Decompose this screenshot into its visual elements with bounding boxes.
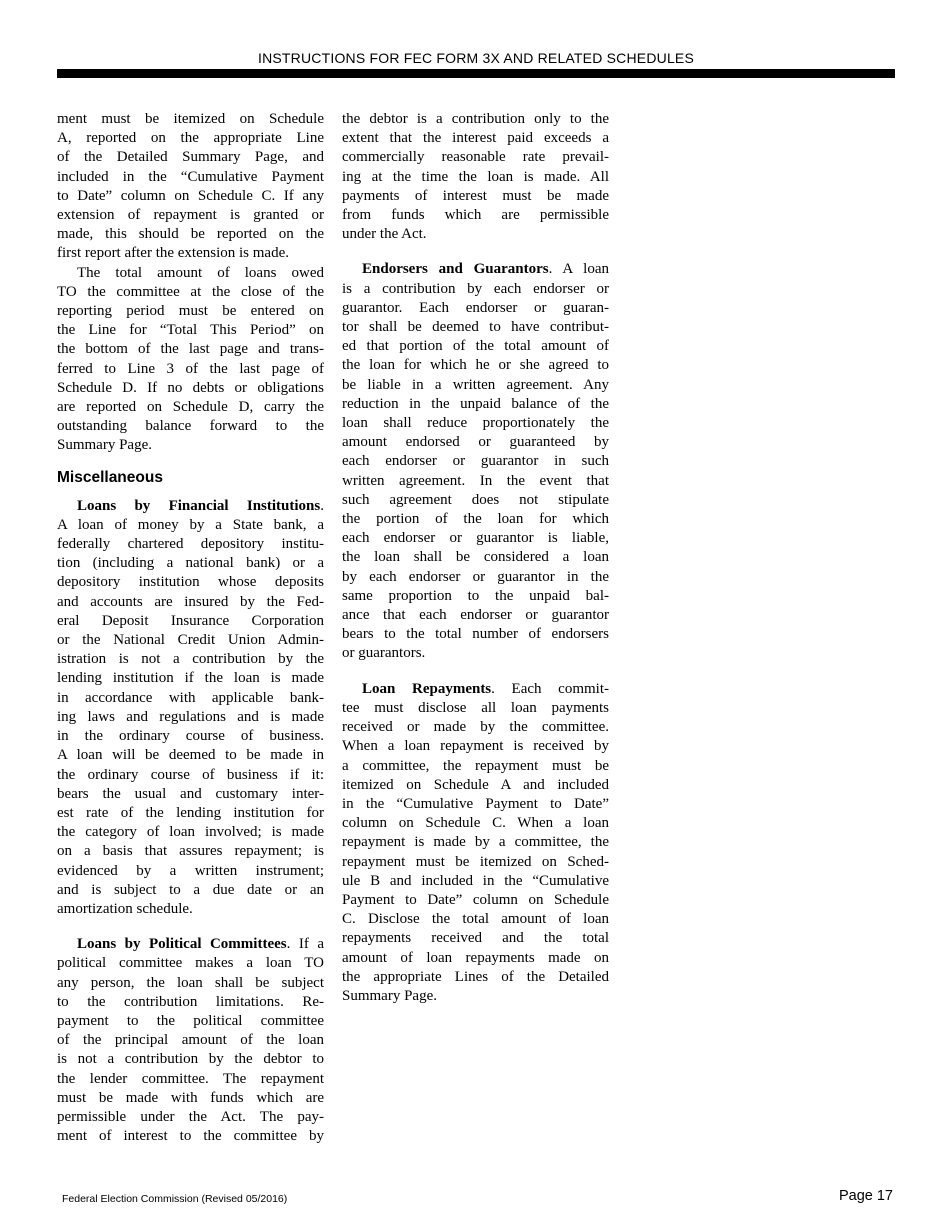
text-line: are reported on Schedule D, carry the bbox=[57, 398, 324, 417]
text-line: A, reported on the appropriate Line bbox=[57, 129, 324, 148]
text-run: Payment to Date” column on Schedule bbox=[342, 892, 609, 908]
text-run: the loan shall be considered a loan bbox=[342, 549, 609, 565]
text-run: received or made by the committee. bbox=[342, 719, 609, 735]
paragraph: Endorsers and Guarantors. A loanis a con… bbox=[342, 260, 609, 663]
text-line: Summary Page. bbox=[57, 436, 324, 455]
text-run: and is subject to a due date or an bbox=[57, 882, 324, 898]
text-run: Schedule D. If no debts or obligations bbox=[57, 380, 324, 396]
paragraph-lead: Loans by Financial Institutions bbox=[77, 498, 320, 514]
header-rule bbox=[57, 69, 895, 78]
text-column-1: ment must be itemized on ScheduleA, repo… bbox=[57, 110, 324, 1146]
text-run: eral Deposit Insurance Corporation bbox=[57, 613, 324, 629]
text-run: Summary Page. bbox=[342, 988, 437, 1004]
text-run: in accordance with applicable bank- bbox=[57, 690, 324, 706]
text-line: any person, the loan shall be subject bbox=[57, 974, 324, 993]
paragraph-lead: Loan Repayments bbox=[362, 681, 491, 697]
text-line: the loan for which he or she agreed to bbox=[342, 356, 609, 375]
text-line: repayment is made by a committee, the bbox=[342, 833, 609, 852]
text-run: a committee, the repayment must be bbox=[342, 758, 609, 774]
text-run: ance that each endorser or guarantor bbox=[342, 607, 609, 623]
text-run: extension of repayment is granted or bbox=[57, 207, 324, 223]
text-line: commercially reasonable rate prevail- bbox=[342, 148, 609, 167]
text-line: payments of interest must be made bbox=[342, 187, 609, 206]
text-line: the debtor is a contribution only to the bbox=[342, 110, 609, 129]
text-line: the lender committee. The repayment bbox=[57, 1070, 324, 1089]
text-line: the Line for “Total This Period” on bbox=[57, 321, 324, 340]
text-run: the loan for which he or she agreed to bbox=[342, 357, 609, 373]
text-line: ing laws and regulations and is made bbox=[57, 708, 324, 727]
text-run: ule B and included in the “Cumulative bbox=[342, 873, 609, 889]
text-run: written agreement. In the event that bbox=[342, 473, 609, 489]
text-run: the ordinary course of business if it: bbox=[57, 767, 324, 783]
text-line: to the contribution limitations. Re- bbox=[57, 993, 324, 1012]
text-run: and accounts are insured by the Fed- bbox=[57, 594, 324, 610]
text-column-2: the debtor is a contribution only to the… bbox=[342, 110, 609, 1006]
text-line: Summary Page. bbox=[342, 987, 609, 1006]
paragraph: Loan Repayments. Each commit-tee must di… bbox=[342, 680, 609, 1006]
text-run: in the ordinary course of business. bbox=[57, 728, 324, 744]
text-line: each endorser or guarantor in such bbox=[342, 452, 609, 471]
paragraph: Loans by Financial Institutions.A loan o… bbox=[57, 497, 324, 919]
text-run: lending institution if the loan is made bbox=[57, 670, 324, 686]
text-line: A loan of money by a State bank, a bbox=[57, 516, 324, 535]
text-run: the debtor is a contribution only to the bbox=[342, 111, 609, 127]
text-line: the loan shall be considered a loan bbox=[342, 548, 609, 567]
text-line: by each endorser or guarantor in the bbox=[342, 568, 609, 587]
text-line: under the Act. bbox=[342, 225, 609, 244]
text-run: tee must disclose all loan payments bbox=[342, 700, 609, 716]
text-run: commercially reasonable rate prevail- bbox=[342, 149, 609, 165]
text-line: itemized on Schedule A and included bbox=[342, 776, 609, 795]
text-line: the appropriate Lines of the Detailed bbox=[342, 968, 609, 987]
text-run: to Date” column on Schedule C. If any bbox=[57, 188, 324, 204]
text-run: permissible under the Act. The pay- bbox=[57, 1109, 324, 1125]
text-run: or guarantors. bbox=[342, 645, 425, 661]
text-line: or guarantors. bbox=[342, 644, 609, 663]
text-run: repayment must be itemized on Sched- bbox=[342, 854, 609, 870]
text-line: must be made with funds which are bbox=[57, 1089, 324, 1108]
text-line: ed that portion of the total amount of bbox=[342, 337, 609, 356]
paragraph-lead: Endorsers and Guarantors bbox=[362, 261, 549, 277]
paragraph-lead: Loans by Political Committees bbox=[77, 936, 287, 952]
text-line: tee must disclose all loan payments bbox=[342, 699, 609, 718]
text-run: payments of interest must be made bbox=[342, 188, 609, 204]
text-line: reduction in the unpaid balance of the bbox=[342, 395, 609, 414]
text-run: are reported on Schedule D, carry the bbox=[57, 399, 324, 415]
text-run: . A loan bbox=[549, 261, 609, 277]
paragraph: The total amount of loans owedTO the com… bbox=[57, 264, 324, 456]
text-run: outstanding balance forward to the bbox=[57, 418, 324, 434]
text-run: must be made with funds which are bbox=[57, 1090, 324, 1106]
text-run: repayments received and the total bbox=[342, 930, 609, 946]
text-run: A loan will be deemed to be made in bbox=[57, 747, 324, 763]
text-line: istration is not a contribution by the bbox=[57, 650, 324, 669]
text-run: from funds which are permissible bbox=[342, 207, 609, 223]
text-line: ment of interest to the committee by bbox=[57, 1127, 324, 1146]
text-line: amortization schedule. bbox=[57, 900, 324, 919]
text-line: eral Deposit Insurance Corporation bbox=[57, 612, 324, 631]
text-line: repayment must be itemized on Sched- bbox=[342, 853, 609, 872]
text-line: payment to the political committee bbox=[57, 1012, 324, 1031]
text-line: to Date” column on Schedule C. If any bbox=[57, 187, 324, 206]
paragraph: the debtor is a contribution only to the… bbox=[342, 110, 609, 244]
text-run: ing laws and regulations and is made bbox=[57, 709, 324, 725]
text-line: received or made by the committee. bbox=[342, 718, 609, 737]
text-run: bears to the total number of endorsers bbox=[342, 626, 609, 642]
text-run: tor shall be deemed to have contribut- bbox=[342, 319, 609, 335]
text-run: repayment is made by a committee, the bbox=[342, 834, 609, 850]
text-run: by each endorser or guarantor in the bbox=[342, 569, 609, 585]
text-run: extent that the interest paid exceeds a bbox=[342, 130, 609, 146]
footer-revision-note: Federal Election Commission (Revised 05/… bbox=[62, 1193, 287, 1205]
text-line: the portion of the loan for which bbox=[342, 510, 609, 529]
text-run: each endorser or guarantor in such bbox=[342, 453, 609, 469]
page-number: Page 17 bbox=[839, 1188, 893, 1204]
text-line: ule B and included in the “Cumulative bbox=[342, 872, 609, 891]
text-line: and accounts are insured by the Fed- bbox=[57, 593, 324, 612]
text-run: . Each commit- bbox=[491, 681, 609, 697]
text-run: first report after the extension is made… bbox=[57, 245, 289, 261]
text-line: the category of loan involved; is made bbox=[57, 823, 324, 842]
text-run: loan shall reduce proportionately the bbox=[342, 415, 609, 431]
text-line: such agreement does not stipulate bbox=[342, 491, 609, 510]
text-run: is not a contribution by the debtor to bbox=[57, 1051, 324, 1067]
text-run: evidenced by a written instrument; bbox=[57, 863, 324, 879]
text-run: bears the usual and customary inter- bbox=[57, 786, 324, 802]
text-line: included in the “Cumulative Payment bbox=[57, 168, 324, 187]
text-line: of the principal amount of the loan bbox=[57, 1031, 324, 1050]
text-line: ment must be itemized on Schedule bbox=[57, 110, 324, 129]
text-line: is a contribution by each endorser or bbox=[342, 280, 609, 299]
text-line: amount endorsed or guaranteed by bbox=[342, 433, 609, 452]
text-line: federally chartered depository institu- bbox=[57, 535, 324, 554]
text-run: the appropriate Lines of the Detailed bbox=[342, 969, 609, 985]
text-run: under the Act. bbox=[342, 226, 427, 242]
text-line: permissible under the Act. The pay- bbox=[57, 1108, 324, 1127]
text-line: in the ordinary course of business. bbox=[57, 727, 324, 746]
text-line: in accordance with applicable bank- bbox=[57, 689, 324, 708]
text-run: itemized on Schedule A and included bbox=[342, 777, 609, 793]
text-run: A loan of money by a State bank, a bbox=[57, 517, 324, 533]
text-run: . If a bbox=[287, 936, 324, 952]
text-line: guarantor. Each endorser or guaran- bbox=[342, 299, 609, 318]
text-run: column on Schedule C. When a loan bbox=[342, 815, 609, 831]
text-run: tion (including a national bank) or a bbox=[57, 555, 324, 571]
text-run: ing at the time the loan is made. All bbox=[342, 169, 609, 185]
text-line: ance that each endorser or guarantor bbox=[342, 606, 609, 625]
text-line: est rate of the lending institution for bbox=[57, 804, 324, 823]
text-run: amount endorsed or guaranteed by bbox=[342, 434, 609, 450]
text-run: federally chartered depository institu- bbox=[57, 536, 324, 552]
text-line: is not a contribution by the debtor to bbox=[57, 1050, 324, 1069]
text-run: each endorser or guarantor is liable, bbox=[342, 530, 609, 546]
text-line: loan shall reduce proportionately the bbox=[342, 414, 609, 433]
text-line: each endorser or guarantor is liable, bbox=[342, 529, 609, 548]
text-run: amount of loan repayments made on bbox=[342, 950, 609, 966]
text-line: written agreement. In the event that bbox=[342, 472, 609, 491]
text-line: on a basis that assures repayment; is bbox=[57, 842, 324, 861]
text-line: repayments received and the total bbox=[342, 929, 609, 948]
text-run: When a loan repayment is received by bbox=[342, 738, 609, 754]
text-run: ferred to Line 3 of the last page of bbox=[57, 361, 324, 377]
text-line: Loans by Political Committees. If a bbox=[57, 935, 324, 954]
text-line: a committee, the repayment must be bbox=[342, 757, 609, 776]
text-line: the bottom of the last page and trans- bbox=[57, 340, 324, 359]
text-run: reduction in the unpaid balance of the bbox=[342, 396, 609, 412]
text-run: istration is not a contribution by the bbox=[57, 651, 324, 667]
text-run: amortization schedule. bbox=[57, 901, 193, 917]
text-run: is a contribution by each endorser or bbox=[342, 281, 609, 297]
text-run: payment to the political committee bbox=[57, 1013, 324, 1029]
text-run: TO the committee at the close of the bbox=[57, 284, 324, 300]
page-header-title: INSTRUCTIONS FOR FEC FORM 3X AND RELATED… bbox=[57, 48, 895, 68]
text-run: the lender committee. The repayment bbox=[57, 1071, 324, 1087]
text-line: and is subject to a due date or an bbox=[57, 881, 324, 900]
text-line: C. Disclose the total amount of loan bbox=[342, 910, 609, 929]
text-line: lending institution if the loan is made bbox=[57, 669, 324, 688]
paragraph: ment must be itemized on ScheduleA, repo… bbox=[57, 110, 324, 264]
text-run: be liable in a written agreement. Any bbox=[342, 377, 609, 393]
text-run: made, this should be reported on the bbox=[57, 226, 324, 242]
text-run: such agreement does not stipulate bbox=[342, 492, 609, 508]
text-run: ed that portion of the total amount of bbox=[342, 338, 609, 354]
text-line: same proportion to the unpaid bal- bbox=[342, 587, 609, 606]
text-line: Payment to Date” column on Schedule bbox=[342, 891, 609, 910]
text-run: the portion of the loan for which bbox=[342, 511, 609, 527]
text-run: the bottom of the last page and trans- bbox=[57, 341, 324, 357]
text-line: amount of loan repayments made on bbox=[342, 949, 609, 968]
text-line: reporting period must be entered on bbox=[57, 302, 324, 321]
text-run: in the “Cumulative Payment to Date” bbox=[342, 796, 609, 812]
text-run: reporting period must be entered on bbox=[57, 303, 324, 319]
text-run: the Line for “Total This Period” on bbox=[57, 322, 324, 338]
text-line: Loan Repayments. Each commit- bbox=[342, 680, 609, 699]
text-line: Endorsers and Guarantors. A loan bbox=[342, 260, 609, 279]
text-line: The total amount of loans owed bbox=[57, 264, 324, 283]
text-run: guarantor. Each endorser or guaran- bbox=[342, 300, 609, 316]
text-run: ment of interest to the committee by bbox=[57, 1128, 324, 1144]
text-run: ment must be itemized on Schedule bbox=[57, 111, 324, 127]
text-line: extension of repayment is granted or bbox=[57, 206, 324, 225]
text-run: any person, the loan shall be subject bbox=[57, 975, 324, 991]
text-line: Schedule D. If no debts or obligations bbox=[57, 379, 324, 398]
text-run: political committee makes a loan TO bbox=[57, 955, 324, 971]
text-line: outstanding balance forward to the bbox=[57, 417, 324, 436]
text-line: A loan will be deemed to be made in bbox=[57, 746, 324, 765]
text-line: be liable in a written agreement. Any bbox=[342, 376, 609, 395]
text-line: from funds which are permissible bbox=[342, 206, 609, 225]
text-run: The total amount of loans owed bbox=[77, 265, 324, 281]
text-line: bears the usual and customary inter- bbox=[57, 785, 324, 804]
text-line: depository institution whose deposits bbox=[57, 573, 324, 592]
text-run: Summary Page. bbox=[57, 437, 152, 453]
text-run: C. Disclose the total amount of loan bbox=[342, 911, 609, 927]
text-run: of the principal amount of the loan bbox=[57, 1032, 324, 1048]
text-line: made, this should be reported on the bbox=[57, 225, 324, 244]
text-line: first report after the extension is made… bbox=[57, 244, 324, 263]
text-run: A, reported on the appropriate Line bbox=[57, 130, 324, 146]
paragraph: Loans by Political Committees. If apolit… bbox=[57, 935, 324, 1146]
text-run: to the contribution limitations. Re- bbox=[57, 994, 324, 1010]
document-page: INSTRUCTIONS FOR FEC FORM 3X AND RELATED… bbox=[0, 0, 950, 1230]
text-line: in the “Cumulative Payment to Date” bbox=[342, 795, 609, 814]
text-line: extent that the interest paid exceeds a bbox=[342, 129, 609, 148]
section-heading: Miscellaneous bbox=[57, 468, 324, 488]
text-line: ing at the time the loan is made. All bbox=[342, 168, 609, 187]
text-run: . bbox=[320, 498, 324, 514]
text-run: of the Detailed Summary Page, and bbox=[57, 149, 324, 165]
text-line: TO the committee at the close of the bbox=[57, 283, 324, 302]
text-line: or the National Credit Union Admin- bbox=[57, 631, 324, 650]
text-line: of the Detailed Summary Page, and bbox=[57, 148, 324, 167]
text-line: evidenced by a written instrument; bbox=[57, 862, 324, 881]
text-line: Loans by Financial Institutions. bbox=[57, 497, 324, 516]
text-line: When a loan repayment is received by bbox=[342, 737, 609, 756]
text-line: the ordinary course of business if it: bbox=[57, 766, 324, 785]
text-line: tor shall be deemed to have contribut- bbox=[342, 318, 609, 337]
text-line: bears to the total number of endorsers bbox=[342, 625, 609, 644]
text-run: or the National Credit Union Admin- bbox=[57, 632, 324, 648]
text-run: the category of loan involved; is made bbox=[57, 824, 324, 840]
text-line: ferred to Line 3 of the last page of bbox=[57, 360, 324, 379]
text-line: tion (including a national bank) or a bbox=[57, 554, 324, 573]
text-line: political committee makes a loan TO bbox=[57, 954, 324, 973]
text-run: same proportion to the unpaid bal- bbox=[342, 588, 609, 604]
text-line: column on Schedule C. When a loan bbox=[342, 814, 609, 833]
text-run: on a basis that assures repayment; is bbox=[57, 843, 324, 859]
text-run: depository institution whose deposits bbox=[57, 574, 324, 590]
text-run: included in the “Cumulative Payment bbox=[57, 169, 324, 185]
text-run: est rate of the lending institution for bbox=[57, 805, 324, 821]
